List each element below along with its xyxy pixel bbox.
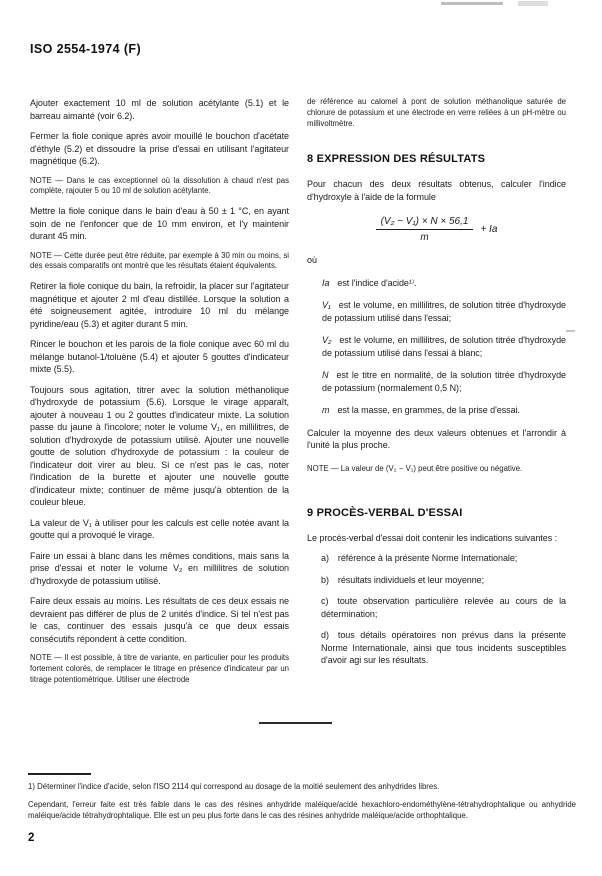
procedure-paragraph: Retirer la fiole conique du bain, la ref… (30, 280, 289, 330)
footnotes: 1) Déterminer l'indice d'acide, selon l'… (28, 782, 576, 828)
report-item-marker: d) (321, 630, 329, 640)
definition-term: V₂ (322, 335, 331, 345)
footnote-rule (28, 773, 91, 775)
section-8-note: NOTE — La valeur de (V₂ − V₁) peut être … (307, 464, 566, 475)
right-column: de référence au calomel à pont de soluti… (307, 97, 566, 694)
procedure-paragraph: Faire deux essais au moins. Les résultat… (30, 595, 289, 645)
report-item-marker: a) (321, 553, 329, 563)
procedure-paragraph: Mettre la fiole conique dans le bain d'e… (30, 205, 289, 243)
procedure-note: NOTE — Il est possible, à titre de varia… (30, 653, 289, 685)
definition-desc: est le volume, en millilitres, de soluti… (322, 335, 566, 358)
report-item-text: résultats individuels et leur moyenne; (338, 575, 484, 585)
hydroxyl-index-formula: (V₂ − V₁) × N × 56,1 m + Ia (307, 216, 566, 243)
report-item-marker: b) (321, 575, 329, 585)
procedure-note: NOTE — Dans le cas exceptionnel où la di… (30, 176, 289, 198)
report-item-text: toute observation particulière relevée a… (321, 596, 566, 619)
footnote-line: Cependant, l'erreur faite est très faibl… (28, 800, 576, 822)
document-reference: ISO 2554-1974 (F) (30, 42, 141, 56)
page-number: 2 (28, 832, 34, 844)
definition-term: V₁ (322, 300, 331, 310)
average-instruction: Calculer la moyenne des deux valeurs obt… (307, 427, 566, 452)
report-item: a)référence à la présente Norme Internat… (307, 552, 566, 565)
definition-term: Ia (322, 278, 329, 288)
formula-suffix: + Ia (480, 224, 497, 235)
definition-row: Iaest l'indice d'acide¹⁾. (307, 277, 566, 290)
scan-artifact-smudge (518, 1, 548, 6)
report-item-text: référence à la présente Norme Internatio… (338, 553, 517, 563)
procedure-note: NOTE — Cette durée peut être réduite, pa… (30, 251, 289, 273)
procedure-paragraph: Fermer la fiole conique après avoir moui… (30, 130, 289, 168)
section-8-intro: Pour chacun des deux résultats obtenus, … (307, 178, 566, 203)
procedure-paragraph: Ajouter exactement 10 ml de solution acé… (30, 97, 289, 122)
footnote-line: 1) Déterminer l'indice d'acide, selon l'… (28, 782, 576, 793)
formula-denominator: m (376, 230, 474, 243)
formula-fraction: (V₂ − V₁) × N × 56,1 m (376, 216, 474, 243)
procedure-paragraph: Toujours sous agitation, titrer avec la … (30, 384, 289, 509)
definition-term: N (322, 370, 328, 380)
document-page: ISO 2554-1974 (F) Ajouter exactement 10 … (0, 0, 602, 876)
definition-desc: est le titre en normalité, de la solutio… (322, 370, 566, 393)
left-column: Ajouter exactement 10 ml de solution acé… (30, 97, 289, 694)
definition-desc: est l'indice d'acide¹⁾. (337, 278, 416, 288)
scan-artifact-bar (441, 2, 503, 5)
formula-numerator: (V₂ − V₁) × N × 56,1 (376, 216, 474, 230)
definition-row: V₁est le volume, en millilitres, de solu… (307, 299, 566, 324)
section-8-heading: 8 EXPRESSION DES RÉSULTATS (307, 153, 566, 165)
report-item-marker: c) (321, 596, 328, 606)
definition-row: Nest le titre en normalité, de la soluti… (307, 369, 566, 394)
report-item: c)toute observation particulière relevée… (307, 595, 566, 620)
procedure-paragraph: Rincer le bouchon et les parois de la fi… (30, 338, 289, 376)
center-divider-rule (259, 722, 332, 724)
report-item: b)résultats individuels et leur moyenne; (307, 574, 566, 587)
definition-desc: est le volume, en millilitres, de soluti… (322, 300, 566, 323)
definition-row: V₂est le volume, en millilitres, de solu… (307, 334, 566, 359)
where-label: où (307, 254, 566, 267)
definition-term: m (322, 405, 329, 415)
note-continuation: de référence au calomel à pont de soluti… (307, 97, 566, 129)
report-item-text: tous détails opératoires non prévus dans… (321, 630, 566, 665)
report-item: d)tous détails opératoires non prévus da… (307, 629, 566, 667)
scan-artifact-dash (566, 330, 575, 332)
procedure-paragraph: La valeur de V₁ à utiliser pour les calc… (30, 517, 289, 542)
procedure-paragraph: Faire un essai à blanc dans les mêmes co… (30, 550, 289, 588)
section-9-intro: Le procès-verbal d'essai doit contenir l… (307, 532, 566, 545)
definition-row: mest la masse, en grammes, de la prise d… (307, 404, 566, 417)
definition-desc: est la masse, en grammes, de la prise d'… (337, 405, 520, 415)
section-9-heading: 9 PROCÈS-VERBAL D'ESSAI (307, 507, 566, 519)
two-column-body: Ajouter exactement 10 ml de solution acé… (30, 97, 567, 694)
